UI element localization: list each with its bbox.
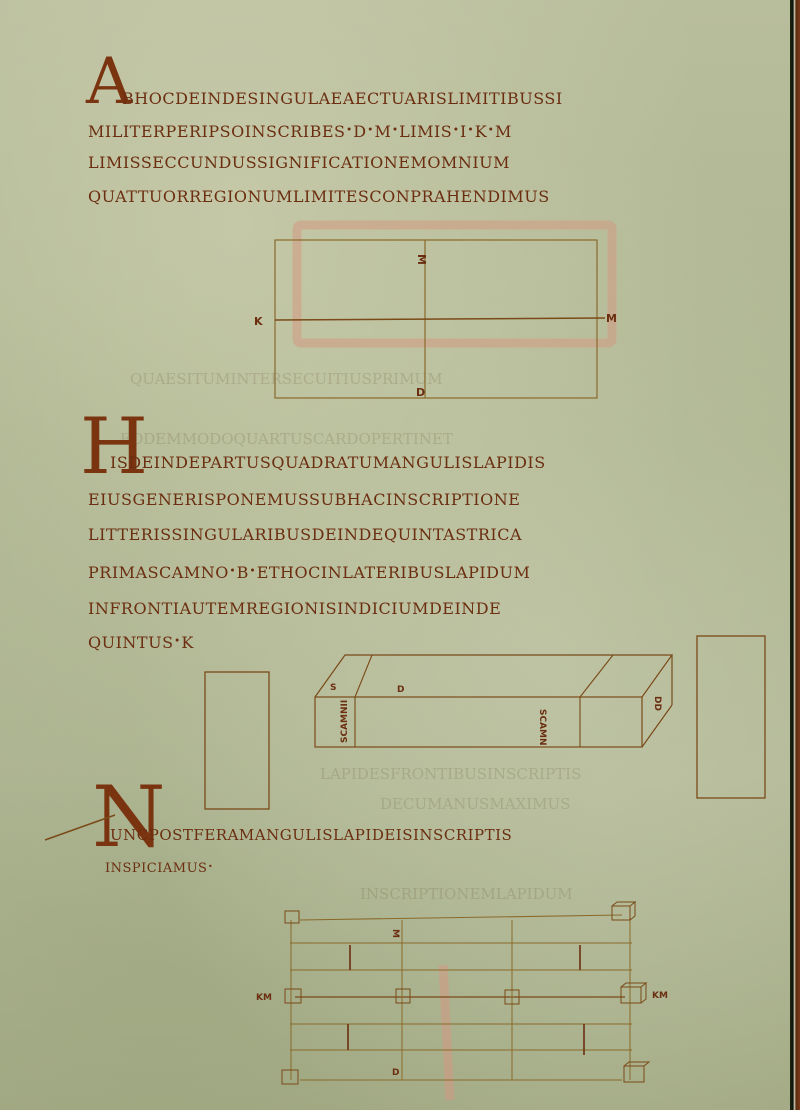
label-s: S <box>330 683 336 693</box>
label-scamnii: SCAMNII <box>340 700 350 743</box>
diagram-boundary-stone: S D SCAMNII SCAMN DD <box>205 636 765 809</box>
label-d: D <box>416 386 425 399</box>
page-binding-edge <box>790 0 800 1110</box>
diagram-field-division: M K M D <box>254 225 617 399</box>
label-k: K <box>254 315 263 328</box>
label-m: M <box>390 929 400 938</box>
label-m-top: M <box>415 254 428 265</box>
label-d: D <box>397 685 404 695</box>
diagrams-layer: M K M D S D SCAMNII SCAMN DD <box>0 0 790 1110</box>
diagram-stone-grid: M KM KM D <box>256 902 668 1100</box>
initial-flourish <box>45 815 115 840</box>
label-scamn: SCAMN <box>537 709 547 746</box>
manuscript-page: quaesitumintersecuitiusprimum eodemmodoq… <box>0 0 790 1110</box>
label-km-left: KM <box>256 993 272 1003</box>
label-d: D <box>392 1068 399 1078</box>
label-dd: DD <box>652 696 662 711</box>
label-km-right: KM <box>652 991 668 1001</box>
label-m-right: M <box>606 312 617 325</box>
